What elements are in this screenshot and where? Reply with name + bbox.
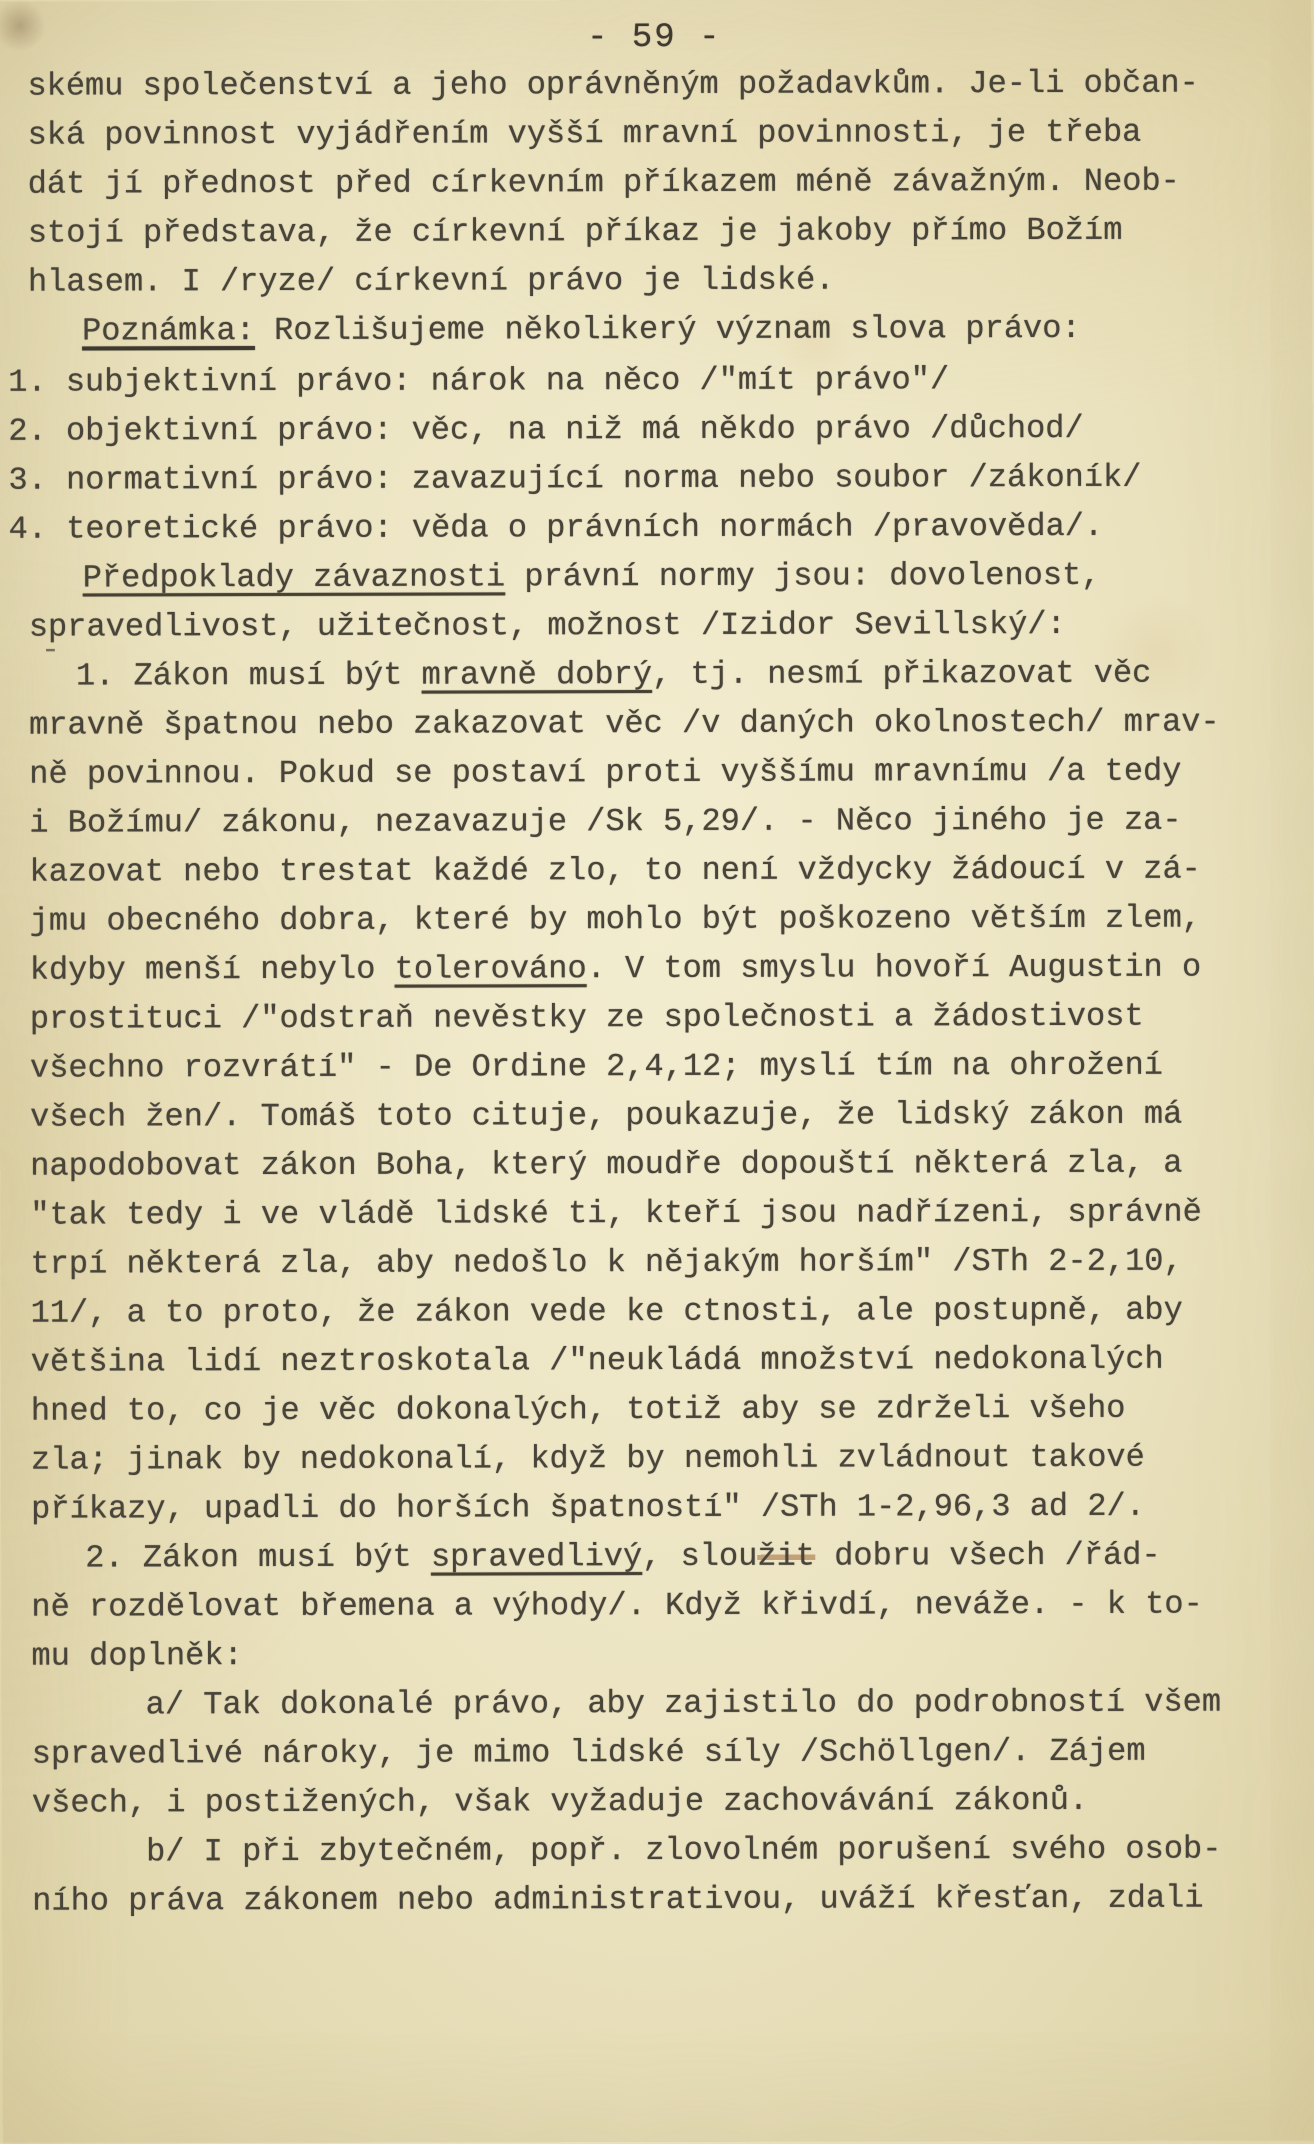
paragraph-continuation: skému společenství a jeho oprávněným pož…: [27, 58, 1282, 306]
supplement-b-text: b/ I při zbytečném, popř. zlovolném poru…: [32, 1831, 1221, 1920]
supplement-a-text: a/ Tak dokonalé právo, aby zajistilo do …: [32, 1684, 1221, 1822]
law-just-paragraph: 2. Zákon musí být spravedlivý, sloužit d…: [31, 1530, 1285, 1680]
law-morally-good-paragraph: 1. Zákon musí být mravně dobrý, tj. nesm…: [29, 648, 1285, 1533]
underline-just: spravedlivý: [431, 1538, 642, 1576]
note-text: Rozlišujeme několikerý význam slova práv…: [255, 310, 1081, 349]
overstruck-letters: žit: [757, 1538, 815, 1575]
law2-middle-text: , slou: [642, 1538, 757, 1575]
margin-mark: -: [41, 632, 60, 669]
note-label-underlined: Poznámka:: [82, 312, 255, 349]
list-item-normative: 3. normativní právo: zavazující norma ne…: [8, 452, 1282, 504]
page-number: - 59 -: [27, 14, 1281, 61]
paragraph-continuation-text: skému společenství a jeho oprávněným pož…: [27, 65, 1198, 301]
prerequisites-paragraph: Předpoklady závaznosti právní normy jsou…: [29, 550, 1283, 651]
law1-middle-text: , tj. nesmí přikazovat věc mravně špatno…: [29, 655, 1220, 989]
underline-tolerated: tolerováno: [395, 950, 587, 988]
list-item-objective: 2. objektivní právo: věc, na niž má někd…: [8, 403, 1282, 455]
law2-lead-text: 2. Zákon musí být: [85, 1539, 431, 1577]
prerequisites-heading-underlined: Předpoklady závaznosti: [83, 558, 506, 596]
law-meanings-list: 1. subjektivní právo: nárok na něco /"mí…: [8, 354, 1283, 553]
note-paragraph: Poznámka: Rozlišujeme několikerý význam …: [28, 303, 1282, 355]
list-item-theoretical: 4. teoretické právo: věda o právních nor…: [9, 501, 1283, 553]
supplement-a-paragraph: a/ Tak dokonalé právo, aby zajistilo do …: [32, 1677, 1286, 1827]
scanned-typewritten-page: - 59 - - skému společenství a jeho opráv…: [0, 0, 1314, 2142]
supplement-b-paragraph: b/ I při zbytečném, popř. zlovolném poru…: [32, 1824, 1286, 1925]
underline-morally-good: mravně dobrý: [422, 656, 653, 694]
list-item-subjective: 1. subjektivní právo: nárok na něco /"mí…: [8, 354, 1282, 406]
law1-trailing-text: . V tom smyslu hovoří Augustin o prostit…: [30, 949, 1202, 1528]
law1-lead-text: 1. Zákon musí být: [76, 657, 422, 695]
